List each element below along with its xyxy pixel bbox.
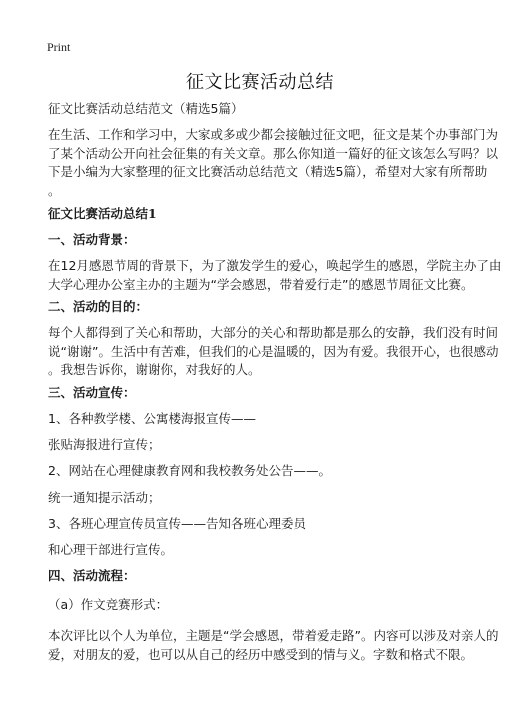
document-page: Print 征文比赛活动总结 征文比赛活动总结范文（精选5篇） 在生活、工作和学…: [0, 0, 520, 718]
heading-purpose: 二、活动的目的：: [48, 298, 488, 317]
format-paragraph: 本次评比以个人为单位，主题是“学会感恩，带着爱走路”。内容可以涉及对亲人的 爱，…: [48, 627, 478, 664]
paragraph-line: 本次评比以个人为单位，主题是“学会感恩，带着爱走路”。内容可以涉及对亲人的: [48, 627, 478, 646]
promotion-item: 和心理干部进行宣传。: [48, 541, 488, 560]
intro-line: 了某个活动公开向社会征集的有关文章。那么你知道一篇好的征文该怎么写吗？以: [48, 145, 478, 164]
purpose-paragraph: 每个人都得到了关心和帮助，大部分的关心和帮助都是那么的安静，我们没有时间 说“谢…: [48, 324, 478, 380]
background-paragraph: 在12月感恩节周的背景下，为了激发学生的爱心，唤起学生的感恩，学院主办了由 大学…: [48, 257, 478, 294]
paragraph-line: 说“谢谢”。生活中有苦难，但我们的心是温暖的，因为有爱。我很开心，也很感动: [48, 343, 478, 362]
intro-line: 在生活、工作和学习中，大家或多或少都会接触过征文吧，征文是某个办事部门为: [48, 126, 478, 145]
print-link[interactable]: Print: [47, 40, 70, 55]
heading-promotion: 三、活动宣传：: [48, 384, 488, 403]
promotion-item: 张贴海报进行宣传；: [48, 436, 488, 455]
subheading-format: （a）作文竞赛形式：: [48, 596, 488, 615]
document-subtitle: 征文比赛活动总结范文（精选5篇）: [48, 100, 488, 119]
section-title: 征文比赛活动总结1: [48, 205, 488, 224]
paragraph-line: 爱，对朋友的爱，也可以从自己的经历中感受到的情与义。字数和格式不限。: [48, 646, 478, 665]
paragraph-line: 大学心理办公室主办的主题为“学会感恩，带着爱行走”的感恩节周征文比赛。: [48, 276, 478, 295]
intro-paragraph: 在生活、工作和学习中，大家或多或少都会接触过征文吧，征文是某个办事部门为 了某个…: [48, 126, 478, 200]
paragraph-line: 在12月感恩节周的背景下，为了激发学生的爱心，唤起学生的感恩，学院主办了由: [48, 257, 478, 276]
document-title: 征文比赛活动总结: [0, 68, 520, 94]
intro-line: 下是小编为大家整理的征文比赛活动总结范文（精选5篇），希望对大家有所帮助: [48, 163, 478, 182]
promotion-item: 2、网站在心理健康教育网和我校教务处公告——。: [48, 462, 488, 481]
heading-background: 一、活动背景：: [48, 231, 488, 250]
promotion-item: 1、各种教学楼、公寓楼海报宣传——: [48, 410, 488, 429]
paragraph-line: 每个人都得到了关心和帮助，大部分的关心和帮助都是那么的安静，我们没有时间: [48, 324, 478, 343]
paragraph-line: 。我想告诉你，谢谢你，对我好的人。: [48, 361, 478, 380]
promotion-item: 统一通知提示活动；: [48, 489, 488, 508]
intro-line: 。: [48, 182, 478, 201]
heading-process: 四、活动流程：: [48, 567, 488, 586]
promotion-item: 3、各班心理宣传员宣传——告知各班心理委员: [48, 515, 488, 534]
